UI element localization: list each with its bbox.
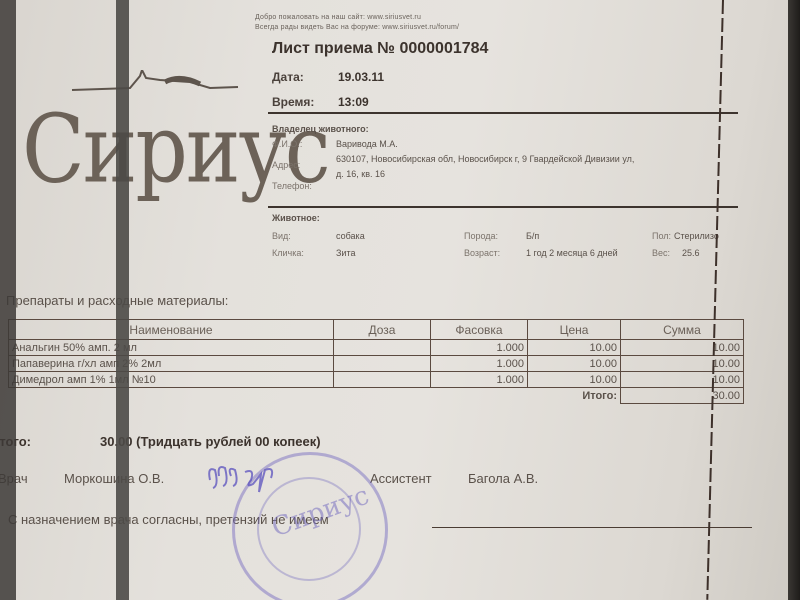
animal-weight-label: Вес: <box>652 248 670 258</box>
date-label: Дата: <box>272 70 304 84</box>
assistant-label: Ассистент <box>370 471 432 486</box>
divider <box>268 112 738 114</box>
client-signature-line <box>432 527 752 528</box>
owner-name-value: Варивода М.А. <box>336 139 398 149</box>
item-dose <box>334 340 431 356</box>
owner-address-line-1: 630107, Новосибирская обл, Новосибирск г… <box>336 154 634 164</box>
column-header-pack: Фасовка <box>431 320 528 340</box>
doctor-value: Моркошина О.В. <box>64 471 164 486</box>
animal-species-value: собака <box>336 231 365 241</box>
owner-phone-label: Телефон: <box>272 181 312 191</box>
animal-sex-label: Пол: <box>652 231 671 241</box>
grand-total-value: 30.00 (Тридцать рублей 00 копеек) <box>100 434 321 449</box>
column-header-sum: Сумма <box>621 320 744 340</box>
item-sum: 10.00 <box>621 372 744 388</box>
item-pack: 1.000 <box>431 340 528 356</box>
owner-section-label: Владелец животного: <box>272 124 369 134</box>
time-value: 13:09 <box>338 95 369 109</box>
item-price: 10.00 <box>528 356 621 372</box>
welcome-line-2: Всегда рады видеть Вас на форуме: www.si… <box>255 24 459 31</box>
assistant-value: Багола А.В. <box>468 471 538 486</box>
date-value: 19.03.11 <box>338 70 384 84</box>
item-name: Димедрол амп 1% 1мл №10 <box>9 372 334 388</box>
divider <box>268 206 738 208</box>
doctor-signature <box>205 458 295 498</box>
document-title: Лист приема № 0000001784 <box>272 40 488 58</box>
column-header-price: Цена <box>528 320 621 340</box>
dog-icon <box>70 70 240 92</box>
item-price: 10.00 <box>528 340 621 356</box>
paper-fold-shadow <box>0 0 16 600</box>
table-total-label: Итого: <box>9 388 621 404</box>
column-header-name: Наименование <box>9 320 334 340</box>
animal-breed-value: Б/п <box>526 231 539 241</box>
item-pack: 1.000 <box>431 372 528 388</box>
animal-sex-value: Стерилизо <box>674 231 719 241</box>
animal-name-value: Зита <box>336 248 356 258</box>
background-edge <box>788 0 800 600</box>
item-pack: 1.000 <box>431 356 528 372</box>
item-name: Анальгин 50% амп. 2 мл <box>9 340 334 356</box>
table-total-value: 30.00 <box>621 388 744 404</box>
item-dose <box>334 356 431 372</box>
perforation-line <box>706 0 724 600</box>
item-sum: 10.00 <box>621 340 744 356</box>
item-price: 10.00 <box>528 372 621 388</box>
item-name: Папаверина г/хл амп 2% 2мл <box>9 356 334 372</box>
owner-address-label: Адрес: <box>272 160 300 170</box>
animal-age-label: Возраст: <box>464 248 500 258</box>
animal-name-label: Кличка: <box>272 248 304 258</box>
animal-breed-label: Порода: <box>464 231 498 241</box>
animal-section-label: Животное: <box>272 213 320 223</box>
item-dose <box>334 372 431 388</box>
item-sum: 10.00 <box>621 356 744 372</box>
owner-name-label: Ф.И.О.: <box>272 139 302 149</box>
animal-weight-value: 25.6 <box>682 248 700 258</box>
animal-species-label: Вид: <box>272 231 291 241</box>
column-header-dose: Доза <box>334 320 431 340</box>
scan-streak <box>116 0 129 600</box>
animal-age-value: 1 год 2 месяца 6 дней <box>526 248 618 258</box>
welcome-line-1: Добро пожаловать на наш сайт: www.sirius… <box>255 14 421 21</box>
receipt-paper: Сириус Добро пожаловать на наш сайт: www… <box>0 0 790 600</box>
owner-address-line-2: д. 16, кв. 16 <box>336 169 385 179</box>
time-label: Время: <box>272 95 314 109</box>
